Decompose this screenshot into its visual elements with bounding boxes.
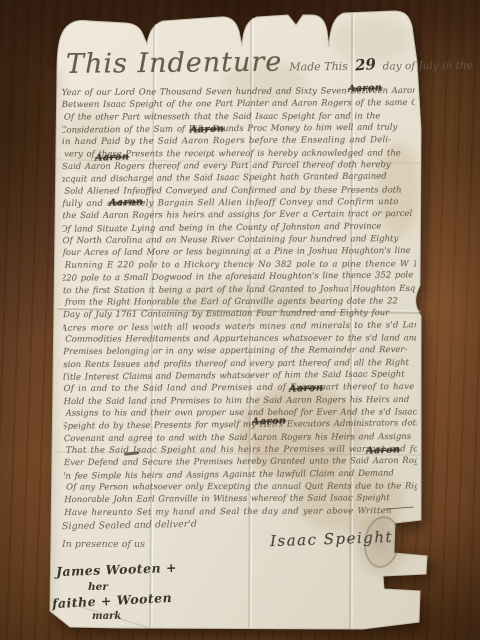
day-number: 29 <box>354 55 376 75</box>
inserted-name-aaron: Aaron <box>289 382 324 394</box>
photo-of-indenture-on-wood-table: This Indenture Made This 29 day of July … <box>0 0 480 640</box>
inserted-name-aaron: Aaron <box>190 123 225 135</box>
document-line: Of any Person whatsoever only Excepting … <box>66 480 417 494</box>
pen-flourish: ——— <box>384 500 413 515</box>
inserted-name-aaron: Aaron <box>252 415 287 427</box>
document-line: That the Said Isaac Speight and his heir… <box>66 443 417 457</box>
document-heading: This Indenture Made This 29 day of July … <box>66 45 418 80</box>
attestation-line-2: In presence of us <box>62 539 145 550</box>
document-line: Have hereunto Set my hand and Seal the d… <box>64 505 417 519</box>
document-line: Sold Aliened Infeoffed Conveyed and Conf… <box>64 184 417 198</box>
document-body-text: Year of our Lord One Thousand Seven hund… <box>62 85 418 520</box>
inserted-name-aaron: Aaron <box>366 444 401 456</box>
inserted-name-aaron: Aaron <box>348 82 383 94</box>
heading-tail: day of July in the <box>383 60 473 73</box>
attestation-line-1: Signed Sealed and deliver'd <box>62 519 197 532</box>
witness-mark-label: mark <box>92 611 121 622</box>
witness-her-label: her <box>88 581 108 593</box>
inserted-name-aaron: Aaron <box>95 151 130 163</box>
heading-script-this-indenture: This Indenture <box>66 47 283 80</box>
inserted-name-aaron: Aaron <box>109 196 144 208</box>
document-line: from the Right Honorable the Earl of Gra… <box>65 295 417 309</box>
heading-made-this: Made This <box>289 60 348 74</box>
document-line: Commodities Hereditaments and Appurtenan… <box>65 332 417 346</box>
